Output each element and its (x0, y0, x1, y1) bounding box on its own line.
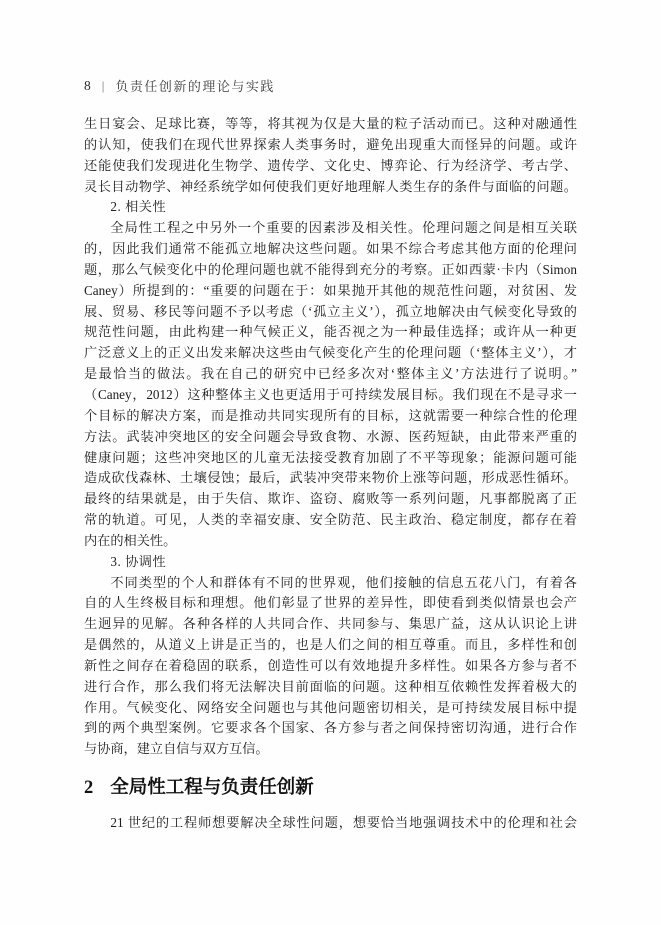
paragraph-line: 进行合作，那么我们将无法解决目前面临的问题。这种相互依赖性发挥着极大的 (84, 677, 577, 698)
paragraph-line: 规范性问题，由此构建一种气候正义，能否视之为一种最佳选择；或许从一种更 (84, 322, 577, 343)
book-page: 8 | 负责任创新的理论与实践 生日宴会、足球比赛，等等，将其视为仅是大量的粒子… (0, 0, 661, 925)
paragraph-line: 内在的相关性。 (84, 531, 577, 552)
paragraph-line: 的，因此我们通常不能孤立地解决这些问题。如果不综合考虑其他方面的伦理问 (84, 239, 577, 260)
paragraph-line: 全局性工程之中另外一个重要的因素涉及相关性。伦理问题之间是相互关联 (84, 218, 577, 239)
paragraph-line: 最终的结果就是，由于失信、欺诈、盗窃、腐败等一系列问题，凡事都脱离了正 (84, 489, 577, 510)
paragraph-line: 健康问题；这些冲突地区的儿童无法接受教育加剧了不平等现象；能源问题可能 (84, 448, 577, 469)
page-body: 生日宴会、足球比赛，等等，将其视为仅是大量的粒子活动而已。这种对融通性 的认知，… (84, 114, 577, 834)
paragraph-line: 不同类型的个人和群体有不同的世界观，他们接触的信息五花八门，有着各 (84, 573, 577, 594)
paragraph-line: 与协商，建立自信与双方互信。 (84, 739, 577, 760)
paragraph-line: 方法。武装冲突地区的安全问题会导致食物、水源、医药短缺，由此带来严重的 (84, 427, 577, 448)
section-heading: 2全局性工程与负责任创新 (84, 776, 577, 800)
book-title: 负责任创新的理论与实践 (115, 76, 275, 95)
paragraph-line: （Caney，2012）这种整体主义也更适用于可持续发展目标。我们现在不是寻求一 (84, 385, 577, 406)
paragraph-line: 灵长目动物学、神经系统学如何使我们更好地理解人类生存的条件与面临的问题。 (84, 177, 577, 198)
paragraph-line: 自的人生终极目标和理想。他们彰显了世界的差异性，即使看到类似情景也会产 (84, 593, 577, 614)
paragraph-line: 21 世纪的工程师想要解决全球性问题，想要恰当地强调技术中的伦理和社会 (84, 813, 577, 834)
subsection-heading: 2. 相关性 (84, 197, 577, 218)
subsection-heading: 3. 协调性 (84, 552, 577, 573)
section-number: 2 (84, 776, 93, 800)
page-number: 8 (84, 78, 91, 94)
running-header: 8 | 负责任创新的理论与实践 (84, 76, 577, 95)
section-title: 全局性工程与负责任创新 (110, 778, 314, 798)
paragraph-line: 题，那么气候变化中的伦理问题也就不能得到充分的考察。正如西蒙·卡内（Simon (84, 260, 577, 281)
paragraph-line: 广泛意义上的正义出发来解决这些由气候变化产生的伦理问题（‘整体主义’），才 (84, 343, 577, 364)
paragraph-line: 造成砍伐森林、土壤侵蚀；最后，武装冲突带来物价上涨等问题，形成恶性循环。 (84, 468, 577, 489)
paragraph-line: 到的两个典型案例。它要求各个国家、各方参与者之间保持密切沟通，进行合作 (84, 718, 577, 739)
paragraph-line: 生日宴会、足球比赛，等等，将其视为仅是大量的粒子活动而已。这种对融通性 (84, 114, 577, 135)
header-divider: | (102, 78, 105, 94)
paragraph-line: 是最恰当的做法。我在自己的研究中已经多次对‘整体主义’方法进行了说明。” (84, 364, 577, 385)
paragraph-line: 作用。气候变化、网络安全问题也与其他问题密切相关，是可持续发展目标中提 (84, 698, 577, 719)
paragraph-line: 展、贸易、移民等问题不予以考虑（‘孤立主义’），孤立地解决由气候变化导致的 (84, 302, 577, 323)
paragraph-line: Caney）所提到的：“重要的问题在于：如果抛开其他的规范性问题，对贫困、发 (84, 281, 577, 302)
paragraph-line: 常的轨道。可见，人类的幸福安康、安全防范、民主政治、稳定制度，都存在着 (84, 510, 577, 531)
paragraph-line: 新性之间存在着稳固的联系，创造性可以有效地提升多样性。如果各方参与者不 (84, 656, 577, 677)
paragraph-line: 生迥异的见解。各种各样的人共同合作、共同参与、集思广益，这从认识论上讲 (84, 614, 577, 635)
paragraph-line: 是偶然的，从道义上讲是正当的，也是人们之间的相互尊重。而且，多样性和创 (84, 635, 577, 656)
paragraph-line: 个目标的解决方案，而是推动共同实现所有的目标，这就需要一种综合性的伦理 (84, 406, 577, 427)
paragraph-line: 还能使我们发现进化生物学、遗传学、文化史、博弈论、行为经济学、考古学、 (84, 156, 577, 177)
paragraph-line: 的认知，使我们在现代世界探索人类事务时，避免出现重大而怪异的问题。或许 (84, 135, 577, 156)
